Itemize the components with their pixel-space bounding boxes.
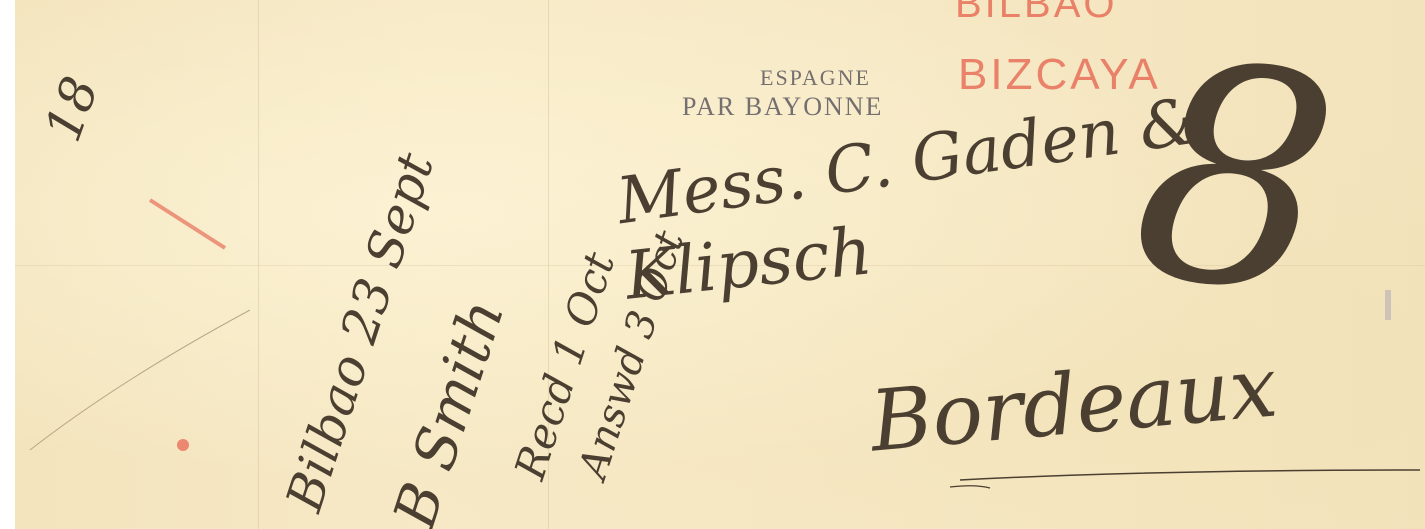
ink-flourishes	[0, 0, 1425, 529]
